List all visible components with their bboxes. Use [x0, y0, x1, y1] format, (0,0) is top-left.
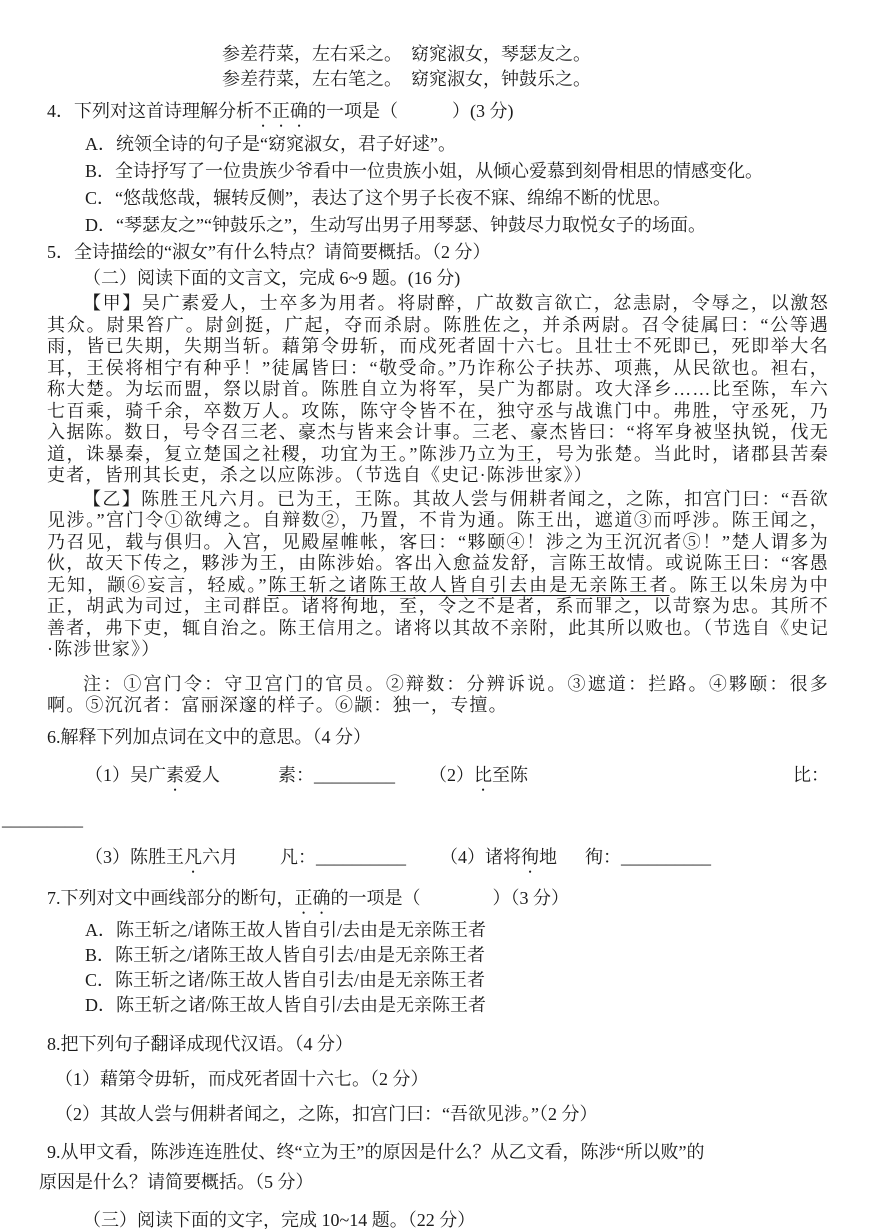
question-7-stem: 7.下列对文中画线部分的断句，正确的一项是（ ）（3 分）	[47, 885, 829, 918]
q6-item-4-pre: （4）诸将	[440, 847, 521, 867]
question-4-text-pre: 下列对这首诗理解分析	[74, 101, 254, 121]
q6-item-3-phrase: （3）陈胜王凡六月	[85, 845, 238, 877]
q6-item-3-answer-label: 凡：	[280, 845, 316, 870]
q6-item-1-answer-label: 素：	[278, 763, 314, 788]
question-8-stem: 8.把下列句子翻译成现代汉语。（4 分）	[47, 1030, 829, 1058]
q6-item-4-dotted-word: 徇	[521, 847, 539, 867]
q6-item-3-answer-blank: __________	[316, 845, 406, 870]
question-8-item-1: （1）藉第令毋斩，而戍死者固十六七。（2 分）	[47, 1065, 829, 1093]
question-7-emphasized-text: 正确	[295, 888, 331, 908]
question-6-row-2: （3）陈胜王凡六月 凡： __________ （4）诸将徇地 徇： _____…	[47, 845, 829, 877]
question-4-option-c: C．“悠哉悠哉，辗转反侧”，表达了这个男子长夜不寐、绵绵不断的忧思。	[47, 185, 829, 212]
poem-line-2: 参差荇菜，左右笔之。 窈窕淑女，钟鼓乐之。	[47, 67, 829, 92]
question-4-option-d: D．“琴瑟友之”“钟鼓乐之”，生动写出男子用琴瑟、钟鼓尽力取悦女子的场面。	[47, 212, 829, 239]
question-7-number: 7.	[47, 888, 61, 908]
q6-item-2-dotted-word: 比	[474, 765, 492, 785]
q6-item-1-post: 爱人	[184, 765, 220, 785]
question-7-option-c: C．陈王斩之诸/陈王故人皆自引去/由是无亲陈王者	[47, 968, 829, 993]
passage-jia: 【甲】吴广素爱人，士卒多为用者。将尉醉，广故数言欲亡，忿恚尉，令辱之，以激怒其众…	[47, 293, 829, 487]
q6-item-1-phrase: （1）吴广素爱人	[85, 763, 220, 795]
question-7-option-b: B．陈王斩之/诸陈王故人皆自引去/由是无亲陈王者	[47, 943, 829, 968]
passage-notes: 注：①宫门令：守卫宫门的官员。②辩数：分辨诉说。③遮道：拦路。④夥颐：很多啊。⑤…	[47, 674, 829, 717]
q6-item-2-pre: （2）	[429, 765, 474, 785]
q6-item-4-phrase: （4）诸将徇地	[440, 845, 557, 877]
question-7-option-d: D．陈王斩之诸/陈王故人皆自引/去由是无亲陈王者	[47, 993, 829, 1018]
q6-item-1-pre: （1）吴广	[85, 765, 166, 785]
question-8-item-2: （2）其故人尝与佣耕者闻之，之陈，扣宫门曰：“吾欲见涉。”（2 分）	[47, 1100, 829, 1128]
question-4-emphasized-text: 不正确	[254, 101, 308, 121]
q6-item-3-post: 六月	[202, 847, 238, 867]
exam-paper-page: 参差荇菜，左右采之。 窈窕淑女，琴瑟友之。 参差荇菜，左右笔之。 窈窕淑女，钟鼓…	[0, 0, 869, 1229]
q6-item-4-answer-label: 徇：	[585, 845, 621, 870]
section-3-header: （三）阅读下面的文字，完成 10~14 题。（22 分）	[47, 1206, 829, 1229]
q6-item-1-answer-blank: _________	[314, 763, 395, 788]
poem-line-1: 参差荇菜，左右采之。 窈窕淑女，琴瑟友之。	[47, 42, 829, 67]
underlined-clause: 陈王斩之诸陈王故人皆自引去由是无亲陈王者	[268, 575, 670, 595]
q6-item-3-pre: （3）陈胜王	[85, 847, 184, 867]
q6-item-4-post: 地	[539, 847, 557, 867]
q6-item-2-answer-label: 比：	[793, 763, 829, 788]
question-4-option-b: B．全诗抒写了一位贵族少爷看中一位贵族小姐，从倾心爱慕到刻骨相思的情感变化。	[47, 158, 829, 185]
question-7-option-a: A．陈王斩之/诸陈王故人皆自引/去由是无亲陈王者	[47, 918, 829, 943]
question-7-text-post: 的一项是（ ）（3 分）	[331, 888, 570, 908]
question-4-option-a: A．统领全诗的句子是“窈窕淑女，君子好逑”。	[47, 131, 829, 158]
q6-item-1-dotted-word: 素	[166, 765, 184, 785]
question-7-text-pre: 下列对文中画线部分的断句，	[61, 888, 295, 908]
passage-yi: 【乙】陈胜王凡六月。已为王，王陈。其故人尝与佣耕者闻之，之陈，扣宫门曰：“吾欲见…	[47, 489, 829, 661]
q6-item-4-answer-blank: __________	[621, 845, 711, 870]
question-6-stem: 6.解释下列加点词在文中的意思。（4 分）	[47, 725, 829, 750]
q6-item-3-dotted-word: 凡	[184, 847, 202, 867]
question-4-number: 4．	[47, 101, 74, 121]
question-4-stem: 4．下列对这首诗理解分析不正确的一项是（ ）(3 分)	[47, 98, 829, 131]
question-6-row-1: （1）吴广素爱人 素： _________ （2）比至陈 比：	[47, 763, 829, 795]
section-2-header: （二）阅读下面的文言文，完成 6~9 题。(16 分)	[47, 266, 829, 291]
q6-item-2-post: 至陈	[492, 765, 528, 785]
q6-item-2-phrase: （2）比至陈	[429, 763, 528, 795]
question-9-stem-line-2: 原因是什么？请简要概括。（5 分）	[39, 1167, 829, 1197]
question-9-stem-line-1: 9.从甲文看，陈涉连连胜仗、终“立为王”的原因是什么？从乙文看，陈涉“所以败”的	[47, 1137, 829, 1167]
question-4-text-post: 的一项是（ ）(3 分)	[308, 101, 514, 121]
question-5-stem: 5．全诗描绘的“淑女”有什么特点？请简要概括。（2 分）	[47, 239, 829, 265]
q6-item-2-answer-blank: _________	[2, 807, 829, 832]
